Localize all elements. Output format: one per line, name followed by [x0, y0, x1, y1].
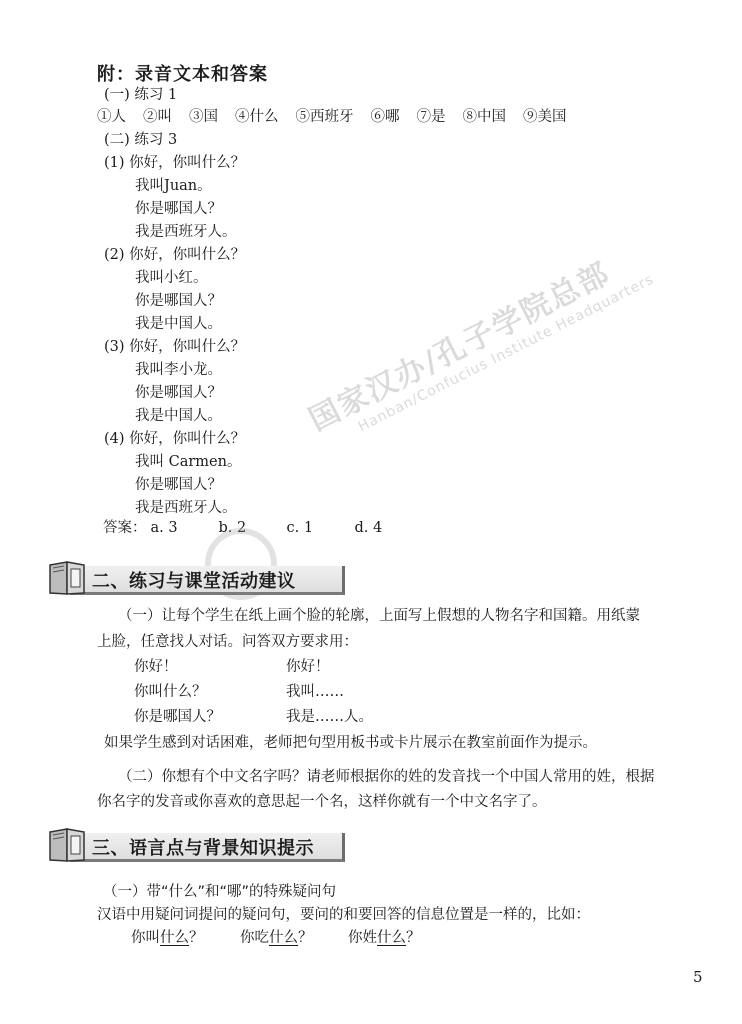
dialogue-3-line-1: (3) 你好，你叫什么？ [104, 338, 245, 356]
example-text: 你叫 [131, 930, 160, 946]
dialogue-1-line-4: 我是西班牙人。 [135, 223, 237, 241]
page-number: 5 [693, 968, 703, 986]
section2-para2-line2: 你名字的发音或你喜欢的意思起一个名，这样你就有一个中文名字了。 [97, 793, 547, 811]
answer-row: 答案： a. 3 b. 2 c. 1 d. 4 [103, 519, 423, 537]
exercise1-heading: (一) 练习 1 [104, 86, 177, 104]
dialogue-4-line-4: 我是西班牙人。 [135, 499, 237, 517]
dialogue-1-line-1: (1) 你好，你叫什么？ [104, 154, 245, 172]
exercise1-item: ⑥哪 [371, 108, 400, 126]
dialogue-2-line-4: 我是中国人。 [135, 315, 222, 333]
dialogue-text: 你好，你叫什么？ [129, 339, 245, 355]
dialogue-1-line-3: 你是哪国人？ [135, 200, 222, 218]
example-punct: ？ [298, 930, 313, 946]
dialogue-2-line-2: 我叫小红。 [135, 269, 208, 287]
exercise1-item: ③国 [189, 108, 218, 126]
dialogue-4-line-2: 我叫 Carmen。 [135, 453, 241, 471]
example-text: 你吃 [240, 930, 269, 946]
dialogue-text: 你好，你叫什么？ [129, 247, 245, 263]
dialogue-number: (1) [104, 155, 125, 171]
exercise3-heading: (二) 练习 3 [104, 131, 177, 149]
exercise1-item: ④什么 [235, 108, 279, 126]
dialogue-3-line-4: 我是中国人。 [135, 407, 222, 425]
answer-d: d. 4 [355, 519, 423, 537]
section2-para2-line1: （二）你想有个中文名字吗？请老师根据你的姓的发音找一个中国人常用的姓，根据 [118, 768, 655, 786]
dialogue-4-line-3: 你是哪国人？ [135, 476, 222, 494]
watermark-cn: 国家汉办/孔子学院总部 [300, 232, 649, 439]
sample-question-3: 你是哪国人？ [134, 708, 221, 726]
section3-subheading: （一）带“什么”和“哪”的特殊疑问句 [103, 883, 336, 901]
section3-header: 三、语言点与背景知识提示 [48, 827, 358, 863]
example-punct: ？ [406, 930, 421, 946]
appendix-title: 附：录音文本和答案 [97, 60, 268, 86]
exercise1-item: ②叫 [143, 108, 172, 126]
answer-label: 答案： [103, 519, 147, 537]
section2-note: 如果学生感到对话困难，老师把句型用板书或卡片展示在教室前面作为提示。 [104, 734, 597, 752]
sample-question-2: 你叫什么？ [134, 683, 207, 701]
dialogue-1-line-2: 我叫Juan。 [135, 177, 212, 195]
sample-answer-2: 我叫…… [286, 683, 344, 701]
dialogue-3-line-3: 你是哪国人？ [135, 384, 222, 402]
section3-title: 三、语言点与背景知识提示 [92, 834, 314, 860]
exercise1-item: ⑨美国 [523, 108, 567, 126]
sample-question-1: 你好！ [134, 658, 178, 676]
section2-para1-line2: 上脸，任意找人对话。问答双方要求用： [97, 633, 358, 651]
answer-b: b. 2 [219, 519, 287, 537]
section3-text: 汉语中用疑问词提问的疑问句，要问的和要回答的信息位置是一样的，比如： [97, 906, 590, 924]
book-icon [48, 560, 88, 596]
exercise1-item: ⑦是 [417, 108, 446, 126]
dialogue-text: 你好，你叫什么？ [129, 155, 245, 171]
section2-title: 二、练习与课堂活动建议 [92, 567, 296, 593]
exercise1-item: ①人 [97, 108, 126, 126]
exercise1-item: ⑧中国 [463, 108, 507, 126]
answer-a: a. 3 [151, 519, 219, 537]
example-punct: ？ [189, 930, 204, 946]
dialogue-2-line-3: 你是哪国人？ [135, 292, 222, 310]
exercise1-answer-list: ①人 ②叫 ③国 ④什么 ⑤西班牙 ⑥哪 ⑦是 ⑧中国 ⑨美国 [97, 108, 584, 126]
example-text: 你姓 [348, 930, 377, 946]
watermark: 国家汉办/孔子学院总部 Hanban/Confucius Institute H… [300, 232, 657, 453]
book-icon [48, 827, 88, 863]
watermark-en: Hanban/Confucius Institute Headquarters [356, 271, 657, 435]
exercise1-item: ⑤西班牙 [296, 108, 354, 126]
answer-c: c. 1 [287, 519, 355, 537]
sample-answer-1: 你好！ [286, 658, 330, 676]
section2-header: 二、练习与课堂活动建议 [48, 560, 348, 596]
example-underlined: 什么 [377, 930, 406, 946]
dialogue-number: (3) [104, 339, 125, 355]
dialogue-number: (4) [104, 431, 125, 447]
dialogue-3-line-2: 我叫李小龙。 [135, 361, 222, 379]
example-question-1: 你叫什么？ [131, 929, 204, 947]
dialogue-2-line-1: (2) 你好，你叫什么？ [104, 246, 245, 264]
dialogue-4-line-1: (4) 你好，你叫什么？ [104, 430, 245, 448]
example-question-2: 你吃什么？ [240, 929, 313, 947]
section2-para1-line1: （一）让每个学生在纸上画个脸的轮廓，上面写上假想的人物名字和国籍。用纸蒙 [118, 607, 640, 625]
dialogue-text: 你好，你叫什么？ [129, 431, 245, 447]
example-underlined: 什么 [269, 930, 298, 946]
example-question-3: 你姓什么？ [348, 929, 421, 947]
sample-answer-3: 我是……人。 [286, 708, 373, 726]
dialogue-number: (2) [104, 247, 125, 263]
example-underlined: 什么 [160, 930, 189, 946]
